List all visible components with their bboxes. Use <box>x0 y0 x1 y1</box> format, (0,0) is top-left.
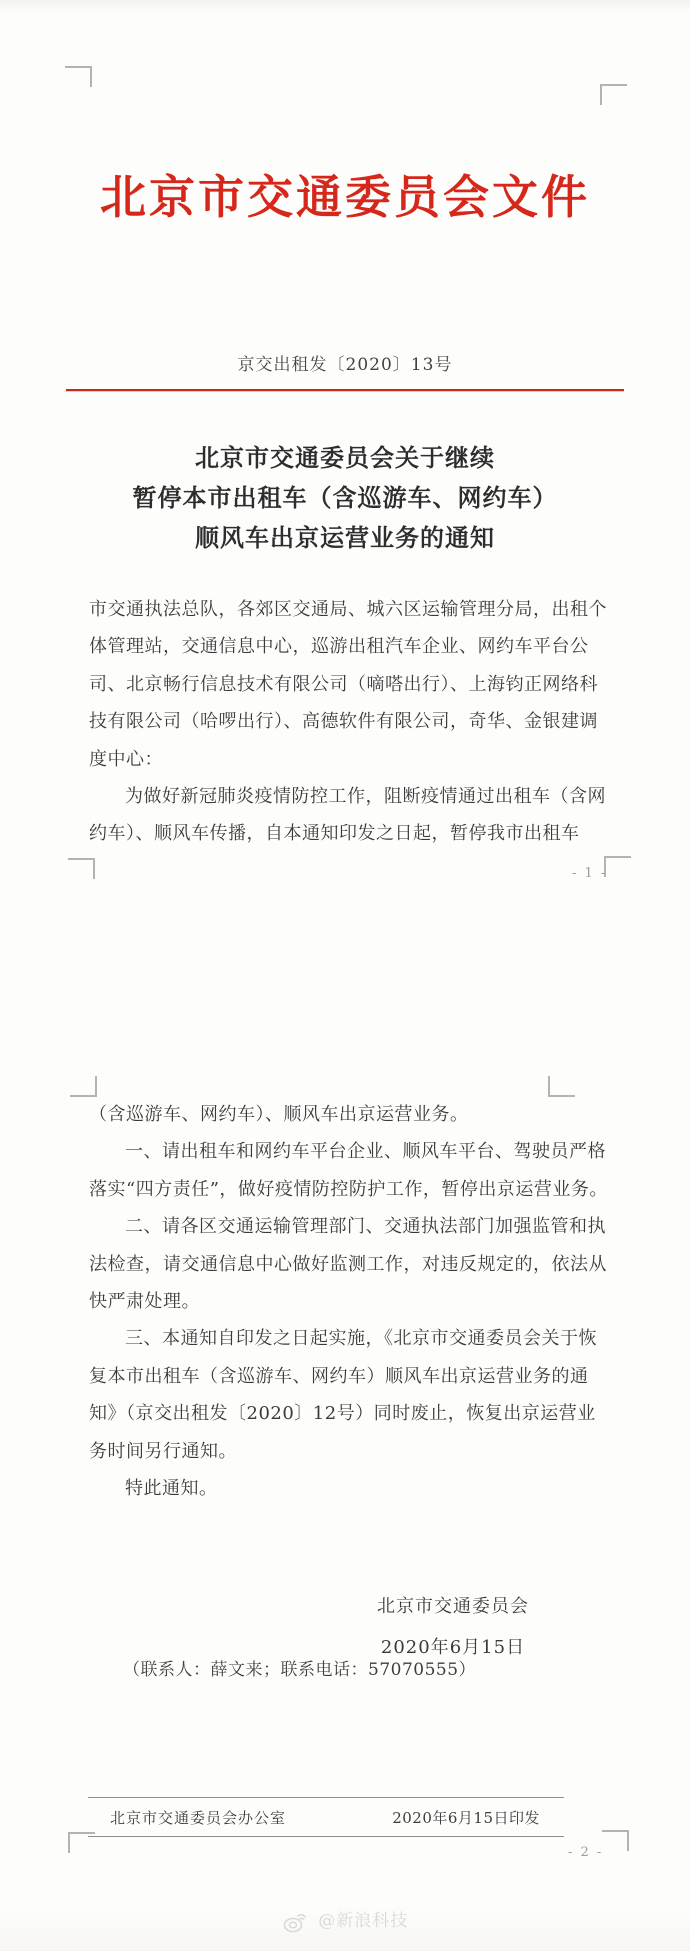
body-line: 约车）、顺风车传播，自本通知印发之日起，暂停我市出租车 <box>89 815 567 852</box>
page2-top-right-crop-mark-icon <box>548 1076 575 1097</box>
footer-print-date: 2020年6月15日印发 <box>392 1802 564 1834</box>
body-line: 度中心： <box>89 741 567 778</box>
body-line: 落实“四方责任”，做好疫情防控防护工作，暂停出京运营业务。 <box>89 1171 567 1208</box>
scanned-official-document: { "colors": { "header_red": "#d5281b", "… <box>0 0 690 1951</box>
page1-top-right-crop-mark-icon <box>600 84 627 105</box>
watermark: @新浪科技 <box>0 1906 690 1938</box>
footer-row: 北京市交通委员会办公室 2020年6月15日印发 <box>88 1802 564 1834</box>
signature-organization: 北京市交通委员会 <box>340 1586 566 1627</box>
body-line: 体管理站，交通信息中心，巡游出租汽车企业、网约车平台公 <box>89 628 567 665</box>
body-line: 三、本通知自印发之日起实施，《北京市交通委员会关于恢 <box>89 1320 567 1357</box>
page1-top-left-crop-mark-icon <box>65 66 92 87</box>
body-line: 复本市出租车（含巡游车、网约车）顺风车出京运营业务的通 <box>89 1358 567 1395</box>
page2-body-text: （含巡游车、网约车）、顺风车出京运营业务。一、请出租车和网约车平台企业、顺风车平… <box>89 1096 567 1507</box>
body-line: 法检查，请交通信息中心做好监测工作，对违反规定的，依法从 <box>89 1246 567 1283</box>
body-line: （含巡游车、网约车）、顺风车出京运营业务。 <box>89 1096 567 1133</box>
red-letterhead-title: 北京市交通委员会文件 <box>0 160 690 234</box>
red-divider-line <box>66 389 624 391</box>
weibo-logo-icon <box>282 1911 308 1938</box>
body-line: 快严肃处理。 <box>89 1283 567 1320</box>
body-line: 一、请出租车和网约车平台企业、顺风车平台、驾驶员严格 <box>89 1133 567 1170</box>
page2-bottom-left-crop-mark-icon <box>68 1832 95 1853</box>
page1-body-text: 市交通执法总队，各郊区交通局、城六区运输管理分局，出租个体管理站，交通信息中心，… <box>89 591 567 853</box>
body-line: 市交通执法总队，各郊区交通局、城六区运输管理分局，出租个 <box>89 591 567 628</box>
body-line: 为做好新冠肺炎疫情防控工作，阻断疫情通过出租车（含网 <box>89 778 567 815</box>
title-line: 暂停本市出租车（含巡游车、网约车） <box>0 478 690 518</box>
page2-bottom-right-crop-mark-icon <box>602 1830 629 1851</box>
body-line: 务时间另行通知。 <box>89 1433 567 1470</box>
body-line: 二、请各区交通运输管理部门、交通执法部门加强监管和执 <box>89 1208 567 1245</box>
body-line: 知》（京交出租发〔2020〕12号）同时废止，恢复出京运营业 <box>89 1395 567 1432</box>
page1-bottom-left-crop-mark-icon <box>68 858 95 879</box>
body-line: 特此通知。 <box>89 1470 567 1507</box>
footer-issuing-office: 北京市交通委员会办公室 <box>88 1802 286 1834</box>
footer-top-rule <box>88 1797 564 1798</box>
page2-page-number: - 2 - <box>568 1845 603 1860</box>
watermark-label: @新浪科技 <box>318 1911 408 1931</box>
page1-bottom-right-crop-mark-icon <box>604 856 631 877</box>
footer-bottom-rule <box>88 1836 564 1837</box>
page2-top-left-crop-mark-icon <box>70 1076 97 1097</box>
page1-page-number: - 1 - <box>572 866 607 881</box>
title-line: 北京市交通委员会关于继续 <box>0 438 690 478</box>
title-line: 顺风车出京运营业务的通知 <box>0 518 690 558</box>
body-line: 技有限公司（哈啰出行）、高德软件有限公司，奇华、金银建调 <box>89 703 567 740</box>
notice-title: 北京市交通委员会关于继续暂停本市出租车（含巡游车、网约车）顺风车出京运营业务的通… <box>0 438 690 558</box>
document-number: 京交出租发〔2020〕13号 <box>0 350 690 375</box>
contact-line: （联系人：薛文来；联系电话：57070555） <box>89 1655 567 1680</box>
body-line: 司、北京畅行信息技术有限公司（嘀嗒出行）、上海钧正网络科 <box>89 666 567 703</box>
